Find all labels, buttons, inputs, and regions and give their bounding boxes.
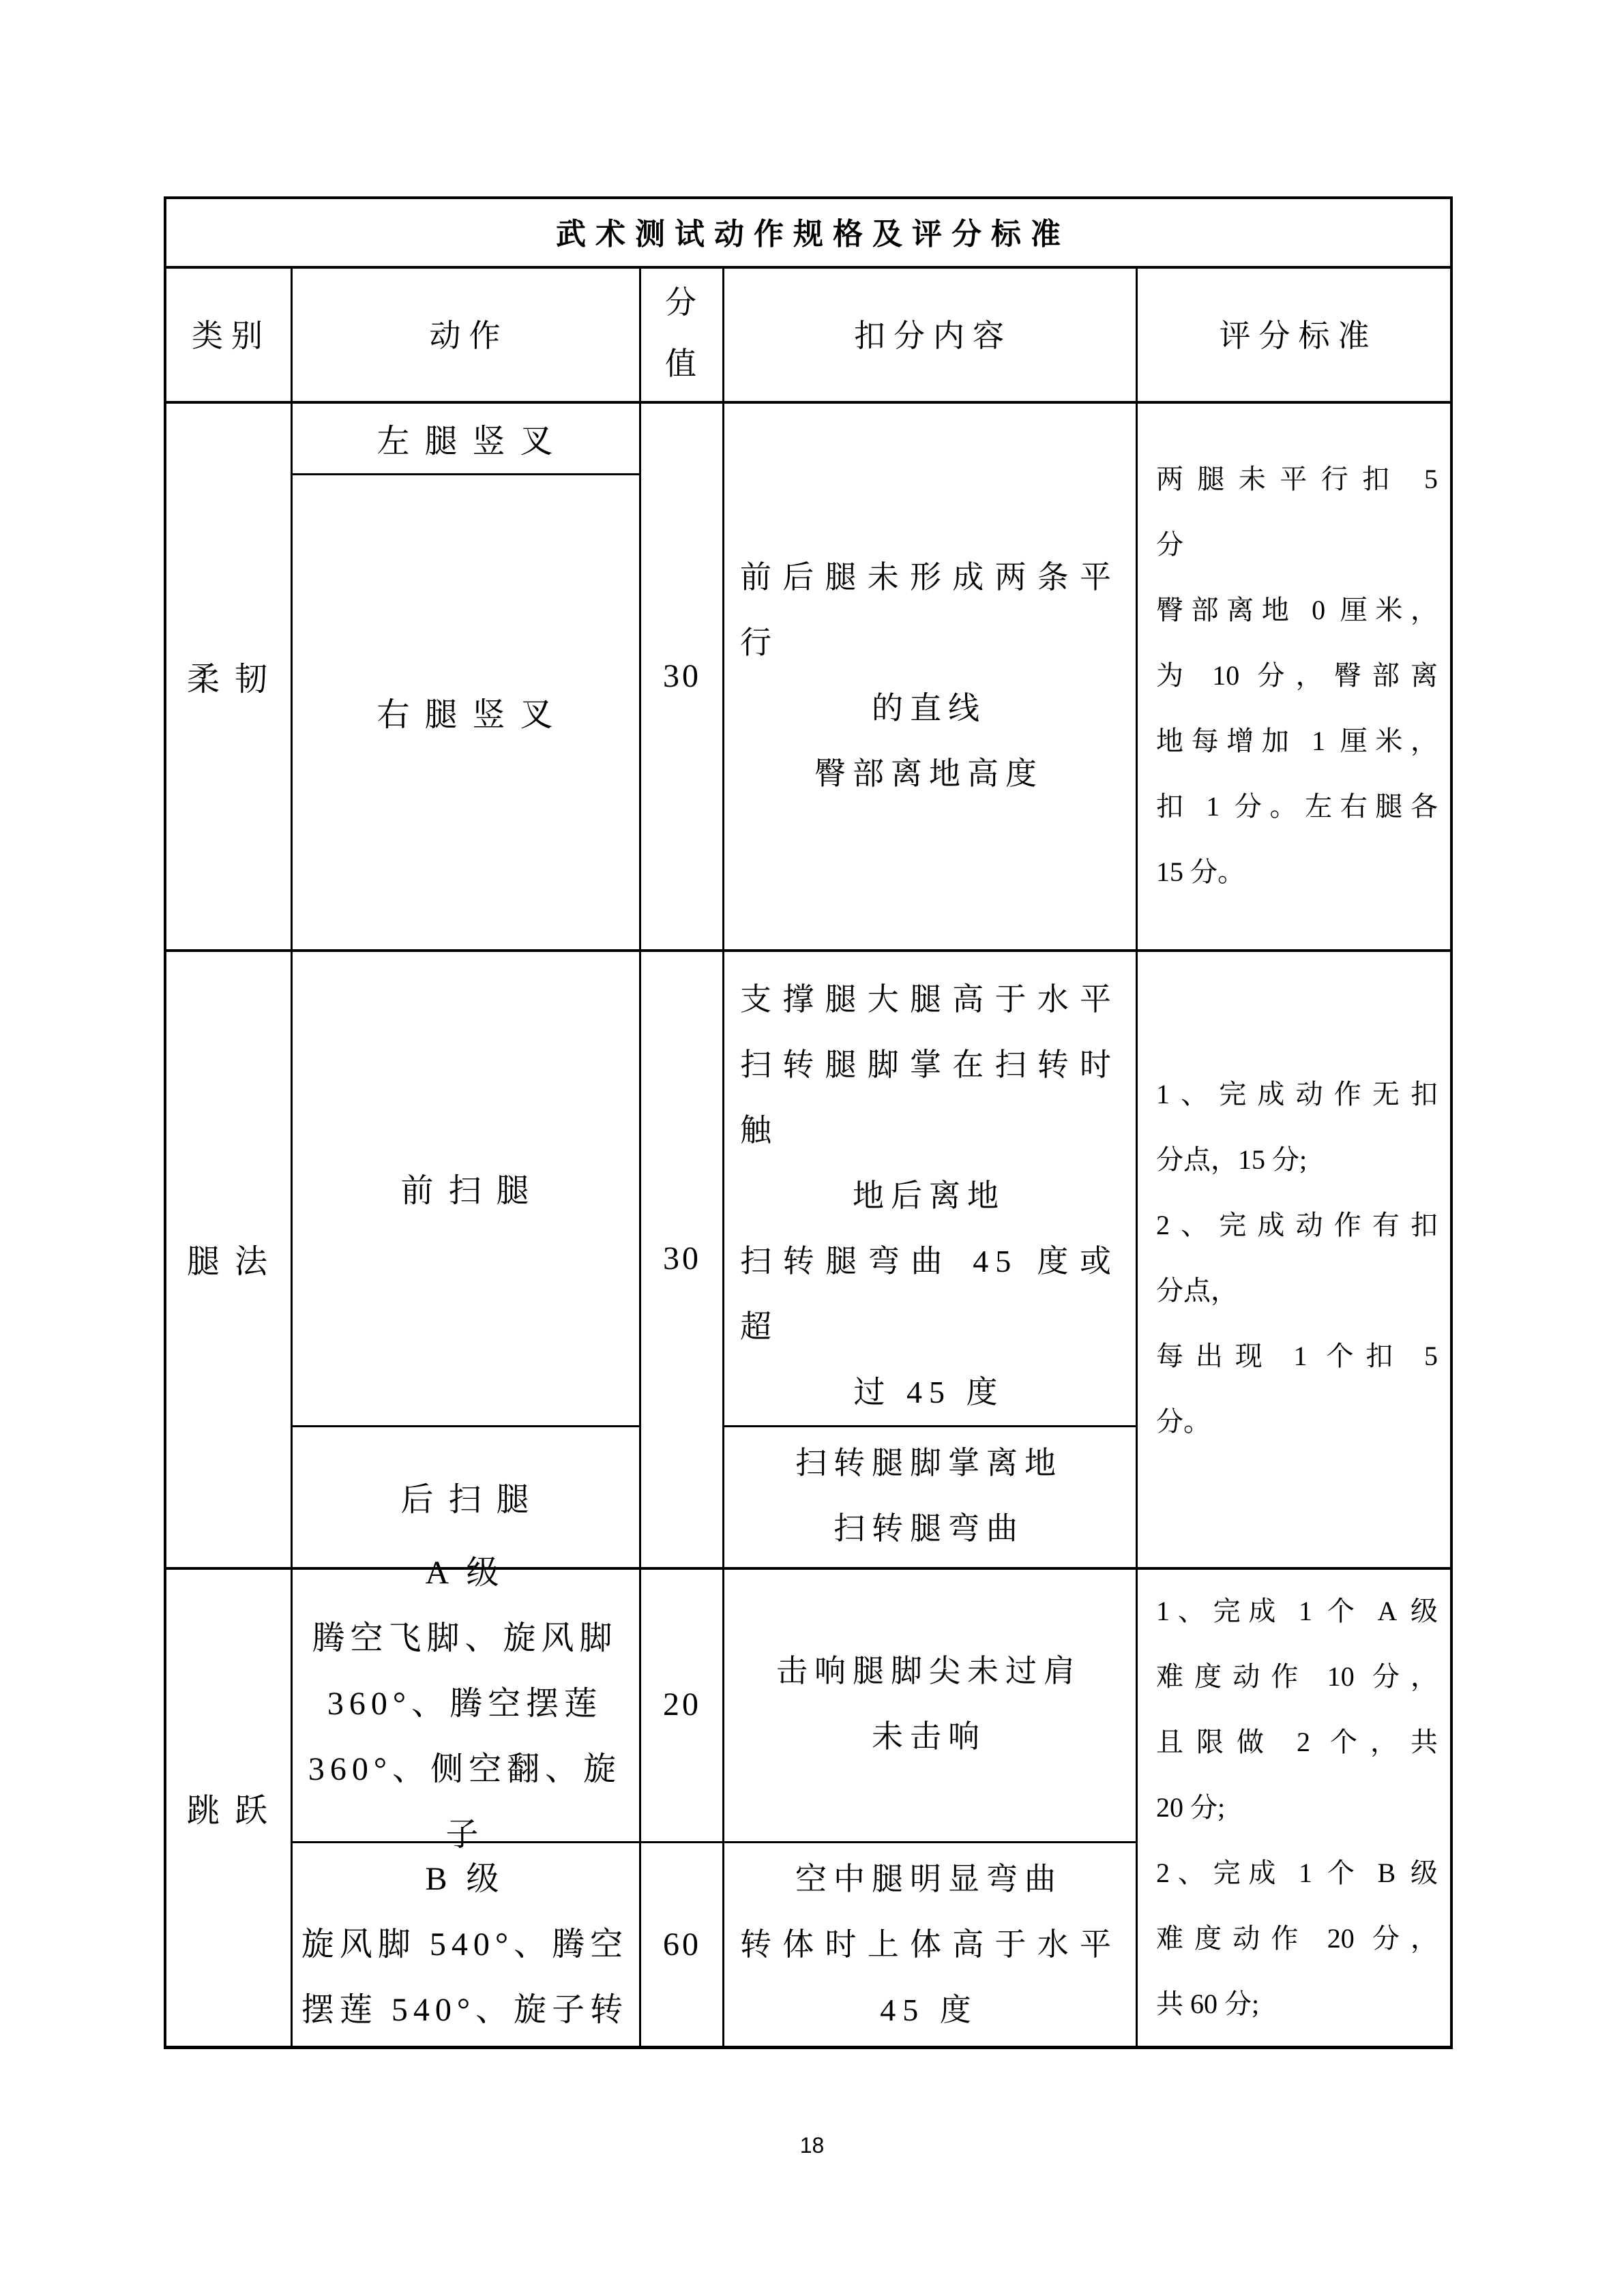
- text-line: 过 45 度: [740, 1360, 1118, 1425]
- flexibility-action-left-leg-cell: 左腿竖叉: [291, 402, 639, 473]
- jumping-action-grade-a-text: A 级腾空飞脚、旋风脚360°、腾空摆莲360°、侧空翻、旋子: [291, 1540, 639, 1868]
- legwork-deduction-back-cell: 扫转腿脚掌离地扫转腿弯曲: [722, 1425, 1136, 1567]
- legwork-category-cell: 腿法: [164, 949, 291, 1567]
- text-line: 1、完成动作无扣: [1156, 1062, 1438, 1127]
- text-line: 难度动作 10 分，: [1156, 1644, 1438, 1710]
- header-cell-standard: 评分标准: [1136, 266, 1453, 401]
- flexibility-deduction-text: 前后腿未形成两条平行的直线臀部离地高度: [722, 545, 1136, 807]
- legwork-score-cell: 30: [639, 949, 722, 1567]
- text-line: 击响腿脚尖未过肩: [740, 1639, 1118, 1704]
- header-standard-label: 评分标准: [1136, 311, 1453, 356]
- text-line: 前后腿未形成两条平行: [740, 545, 1118, 676]
- text-line: 未击响: [740, 1704, 1118, 1770]
- text-line: 扫转腿弯曲: [740, 1496, 1118, 1562]
- legwork-deduction-back-text: 扫转腿脚掌离地扫转腿弯曲: [722, 1431, 1136, 1562]
- text-line: 20 分;: [1156, 1775, 1438, 1840]
- jumping-category-cell: 跳跃: [164, 1567, 291, 2048]
- legwork-deduction-front-text: 支撑腿大腿高于水平扫转腿脚掌在扫转时触地后离地扫转腿弯曲 45 度或超过 45 …: [722, 967, 1136, 1425]
- jumping-deduction-grade-b-text: 空中腿明显弯曲转体时上体高于水平45 度: [722, 1847, 1136, 2043]
- flexibility-action-left-leg: 左腿竖叉: [291, 415, 639, 462]
- document-page: 武术测试动作规格及评分标准 类别 动作 分值 扣分内容 评分标准 柔韧 左腿竖叉…: [0, 0, 1624, 2296]
- text-line: 旋风脚 540°、腾空: [291, 1912, 639, 1978]
- text-line: 的直线: [740, 676, 1118, 741]
- flexibility-category-label: 柔韧: [164, 653, 291, 700]
- jumping-action-grade-a-cell: A 级腾空飞脚、旋风脚360°、腾空摆莲360°、侧空翻、旋子: [291, 1567, 639, 1841]
- legwork-standard-cell: 1、完成动作无扣分点，15 分;2、完成动作有扣分点，每出现 1 个扣 5分。: [1136, 949, 1453, 1567]
- jumping-score-grade-b: 60: [639, 1926, 722, 1963]
- text-line: 摆莲 540°、旋子转: [291, 1978, 639, 2043]
- text-line: 支撑腿大腿高于水平: [740, 967, 1118, 1032]
- jumping-score-grade-b-cell: 60: [639, 1841, 722, 2048]
- text-line: 空中腿明显弯曲: [740, 1847, 1118, 1912]
- flexibility-action-right-leg: 右腿竖叉: [291, 688, 639, 735]
- text-line: 45 度: [740, 1978, 1118, 2043]
- text-line: 臀部离地 0 厘米，: [1156, 578, 1438, 643]
- text-line: 臀部离地高度: [740, 741, 1118, 807]
- jumping-category-label: 跳跃: [164, 1784, 291, 1831]
- text-line: 腾空飞脚、旋风脚: [291, 1606, 639, 1671]
- text-line: 分: [1156, 512, 1438, 578]
- jumping-score-grade-a-cell: 20: [639, 1567, 722, 1841]
- text-line: 两腿未平行扣 5: [1156, 447, 1438, 512]
- text-line: 2、完成动作有扣: [1156, 1193, 1438, 1258]
- header-category-label: 类别: [164, 311, 291, 356]
- text-line: 每出现 1 个扣 5: [1156, 1324, 1438, 1389]
- legwork-action-back-sweep: 后扫腿: [291, 1473, 639, 1520]
- jumping-deduction-grade-a-text: 击响腿脚尖未过肩未击响: [722, 1639, 1136, 1770]
- text-line: 地后离地: [740, 1163, 1118, 1229]
- text-line: 值: [639, 333, 722, 395]
- jumping-score-grade-a: 20: [639, 1686, 722, 1723]
- jumping-action-grade-b-text: B 级旋风脚 540°、腾空摆莲 540°、旋子转: [291, 1847, 639, 2043]
- legwork-action-front-sweep-cell: 前扫腿: [291, 949, 639, 1425]
- table-title-cell: 武术测试动作规格及评分标准: [164, 196, 1453, 266]
- text-line: 扫转腿脚掌在扫转时触: [740, 1032, 1118, 1163]
- text-line: 15 分。: [1156, 839, 1438, 905]
- text-line: B 级: [291, 1847, 639, 1912]
- text-line: 转体时上体高于水平: [740, 1912, 1118, 1978]
- text-line: 为 10 分，臀部离: [1156, 643, 1438, 709]
- legwork-score-value: 30: [639, 1240, 722, 1277]
- text-line: 扫转腿弯曲 45 度或超: [740, 1229, 1118, 1360]
- table-title: 武术测试动作规格及评分标准: [164, 209, 1453, 253]
- page-number: 18: [0, 2133, 1624, 2158]
- text-line: 分点，: [1156, 1258, 1438, 1324]
- header-cell-action: 动作: [291, 266, 639, 401]
- flexibility-standard-cell: 两腿未平行扣 5分臀部离地 0 厘米，为 10 分，臀部离地每增加 1 厘米，扣…: [1136, 402, 1453, 949]
- text-line: 分: [639, 272, 722, 333]
- flexibility-score-cell: 30: [639, 402, 722, 949]
- jumping-standard-cell: 1、完成 1 个 A 级难度动作 10 分，且限做 2 个，共20 分;2、完成…: [1136, 1567, 1453, 2048]
- flexibility-score-value: 30: [639, 657, 722, 695]
- text-line: 共 60 分;: [1156, 1971, 1438, 2037]
- legwork-standard-text: 1、完成动作无扣分点，15 分;2、完成动作有扣分点，每出现 1 个扣 5分。: [1136, 1062, 1453, 1455]
- text-line: 地每增加 1 厘米，: [1156, 709, 1438, 774]
- header-cell-score: 分值: [639, 266, 722, 401]
- flexibility-standard-text: 两腿未平行扣 5分臀部离地 0 厘米，为 10 分，臀部离地每增加 1 厘米，扣…: [1136, 447, 1453, 905]
- legwork-action-front-sweep: 前扫腿: [291, 1164, 639, 1211]
- flexibility-category-cell: 柔韧: [164, 402, 291, 949]
- jumping-deduction-grade-a-cell: 击响腿脚尖未过肩未击响: [722, 1567, 1136, 1841]
- text-line: A 级: [291, 1540, 639, 1606]
- text-line: 360°、腾空摆莲: [291, 1671, 639, 1737]
- header-cell-category: 类别: [164, 266, 291, 401]
- text-line: 1、完成 1 个 A 级: [1156, 1579, 1438, 1644]
- jumping-standard-text: 1、完成 1 个 A 级难度动作 10 分，且限做 2 个，共20 分;2、完成…: [1136, 1579, 1453, 2037]
- legwork-deduction-front-cell: 支撑腿大腿高于水平扫转腿脚掌在扫转时触地后离地扫转腿弯曲 45 度或超过 45 …: [722, 949, 1136, 1425]
- text-line: 2、完成 1 个 B 级: [1156, 1840, 1438, 1906]
- legwork-category-label: 腿法: [164, 1235, 291, 1282]
- text-line: 扫转腿脚掌离地: [740, 1431, 1118, 1496]
- text-line: 扣 1 分。左右腿各: [1156, 774, 1438, 839]
- flexibility-action-right-leg-cell: 右腿竖叉: [291, 473, 639, 949]
- header-deduction-label: 扣分内容: [722, 311, 1136, 356]
- header-action-label: 动作: [291, 311, 639, 356]
- header-cell-deduction: 扣分内容: [722, 266, 1136, 401]
- header-score-label: 分值: [639, 272, 722, 395]
- flexibility-deduction-cell: 前后腿未形成两条平行的直线臀部离地高度: [722, 402, 1136, 949]
- text-line: 分。: [1156, 1389, 1438, 1455]
- jumping-deduction-grade-b-cell: 空中腿明显弯曲转体时上体高于水平45 度: [722, 1841, 1136, 2048]
- jumping-action-grade-b-cell: B 级旋风脚 540°、腾空摆莲 540°、旋子转: [291, 1841, 639, 2048]
- text-line: 难度动作 20 分，: [1156, 1906, 1438, 1971]
- text-line: 分点，15 分;: [1156, 1127, 1438, 1193]
- text-line: 且限做 2 个，共: [1156, 1710, 1438, 1775]
